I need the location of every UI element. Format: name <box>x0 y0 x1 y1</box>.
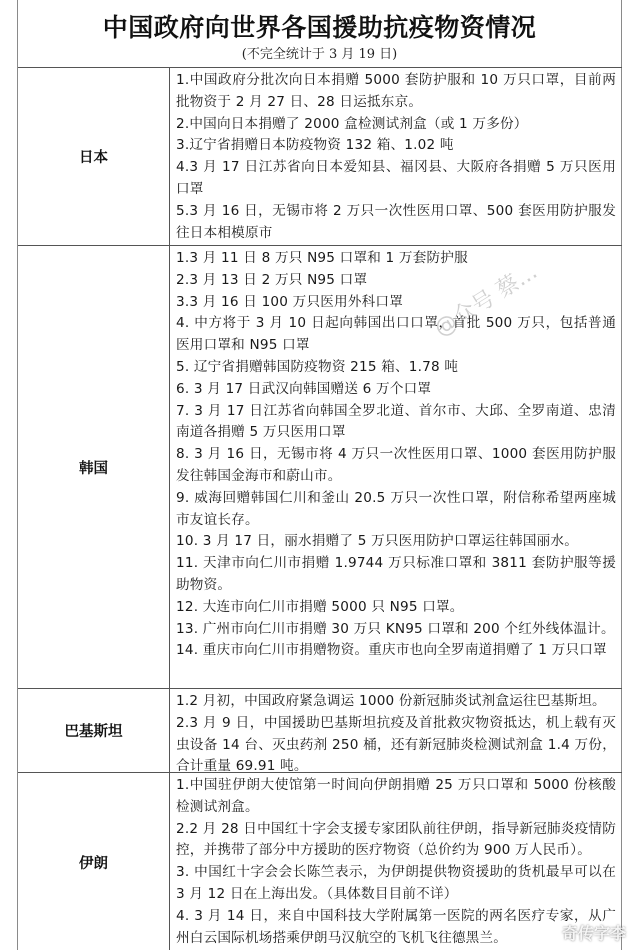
table-row-korea: 韩国 1.3 月 11 日 8 万只 N95 口罩和 1 万套防护服 2.3 月… <box>18 246 622 689</box>
document-subtitle: (不完全统计于 3 月 19 日) <box>18 43 621 62</box>
aid-item: 4.3 月 17 日江苏省向日本爱知县、福冈县、大阪府各捐赠 5 万只医用口罩 <box>176 157 616 201</box>
aid-item: 13. 广州市向仁川市捐赠 30 万只 KN95 口罩和 200 个红外线体温计… <box>176 619 616 641</box>
aid-item: 2.中国向日本捐赠了 2000 盒检测试剂盒（或 1 万多份） <box>176 114 616 136</box>
aid-item: 2.3 月 13 日 2 万只 N95 口罩 <box>176 270 616 292</box>
aid-item: 5.3 月 16 日，无锡市将 2 万只一次性医用口罩、500 套医用防护服发往… <box>176 201 616 245</box>
aid-item: 1.中国驻伊朗大使馆第一时间向伊朗捐赠 25 万只口罩和 5000 份核酸检测试… <box>176 775 616 819</box>
aid-items-cell: 1.3 月 11 日 8 万只 N95 口罩和 1 万套防护服 2.3 月 13… <box>170 246 622 688</box>
aid-item: 2.3 月 9 日，中国援助巴基斯坦抗疫及首批救灾物资抵达，机上载有灭虫设备 1… <box>176 713 616 778</box>
aid-item: 12. 大连市向仁川市捐赠 5000 只 N95 口罩。 <box>176 597 616 619</box>
aid-item: 1.中国政府分批次向日本捐赠 5000 套防护服和 10 万只口罩，目前两批物资… <box>176 70 616 114</box>
aid-item: 4. 中方将于 3 月 10 日起向韩国出口口罩，首批 500 万只，包括普通医… <box>176 313 616 357</box>
aid-item: 9. 威海回赠韩国仁川和釜山 20.5 万只一次性口罩，附信称希望两座城市友谊长… <box>176 488 616 532</box>
aid-item: 10. 3 月 17 日，丽水捐赠了 5 万只医用防护口罩运往韩国丽水。 <box>176 531 616 553</box>
document-title: 中国政府向世界各国援助抗疫物资情况 <box>18 8 621 44</box>
country-cell: 韩国 <box>18 246 170 688</box>
aid-item: 8. 3 月 16 日，无锡市将 4 万只一次性医用口罩、1000 套医用防护服… <box>176 444 616 488</box>
aid-item: 1.2 月初，中国政府紧急调运 1000 份新冠肺炎试剂盒运往巴基斯坦。 <box>176 691 616 713</box>
aid-item: 4. 3 月 14 日，来自中国科技大学附属第一医院的两名医疗专家，从广州白云国… <box>176 906 616 950</box>
aid-items-cell: 1.中国驻伊朗大使馆第一时间向伊朗捐赠 25 万只口罩和 5000 份核酸检测试… <box>170 773 622 950</box>
aid-items-cell: 1.2 月初，中国政府紧急调运 1000 份新冠肺炎试剂盒运往巴基斯坦。 2.3… <box>170 689 622 772</box>
table-row-japan: 日本 1.中国政府分批次向日本捐赠 5000 套防护服和 10 万只口罩，目前两… <box>18 68 622 246</box>
aid-item: 6. 3 月 17 日武汉向韩国赠送 6 万个口罩 <box>176 379 616 401</box>
aid-item: 7. 3 月 17 日江苏省向韩国全罗北道、首尔市、大邱、全罗南道、忠清南道各捐… <box>176 401 616 445</box>
aid-item: 2.2 月 28 日中国红十字会支援专家团队前往伊朗，指导新冠肺炎疫情防控，并携… <box>176 819 616 863</box>
table-row-iran: 伊朗 1.中国驻伊朗大使馆第一时间向伊朗捐赠 25 万只口罩和 5000 份核酸… <box>18 773 622 950</box>
aid-item: 3.3 月 16 日 100 万只医用外科口罩 <box>176 292 616 314</box>
aid-item: 1.3 月 11 日 8 万只 N95 口罩和 1 万套防护服 <box>176 248 616 270</box>
table-row-pakistan: 巴基斯坦 1.2 月初，中国政府紧急调运 1000 份新冠肺炎试剂盒运往巴基斯坦… <box>18 689 622 773</box>
country-cell: 日本 <box>18 68 170 245</box>
aid-item: 3.辽宁省捐赠日本防疫物资 132 箱、1.02 吨 <box>176 135 616 157</box>
aid-item: 11. 天津市向仁川市捐赠 1.9744 万只标准口罩和 3811 套防护服等援… <box>176 553 616 597</box>
aid-item: 5. 辽宁省捐赠韩国防疫物资 215 箱、1.78 吨 <box>176 357 616 379</box>
aid-item: 3. 中国红十字会会长陈竺表示，为伊朗提供物资援助的货机最早可以在 3 月 12… <box>176 862 616 906</box>
country-cell: 巴基斯坦 <box>18 689 170 772</box>
country-cell: 伊朗 <box>18 773 170 950</box>
aid-table: 日本 1.中国政府分批次向日本捐赠 5000 套防护服和 10 万只口罩，目前两… <box>18 67 622 950</box>
aid-items-cell: 1.中国政府分批次向日本捐赠 5000 套防护服和 10 万只口罩，目前两批物资… <box>170 68 622 245</box>
aid-item: 14. 重庆市向仁川市捐赠物资。重庆市也向全罗南道捐赠了 1 万只口罩 <box>176 640 616 662</box>
document-page: 中国政府向世界各国援助抗疫物资情况 (不完全统计于 3 月 19 日) 日本 1… <box>17 0 622 950</box>
